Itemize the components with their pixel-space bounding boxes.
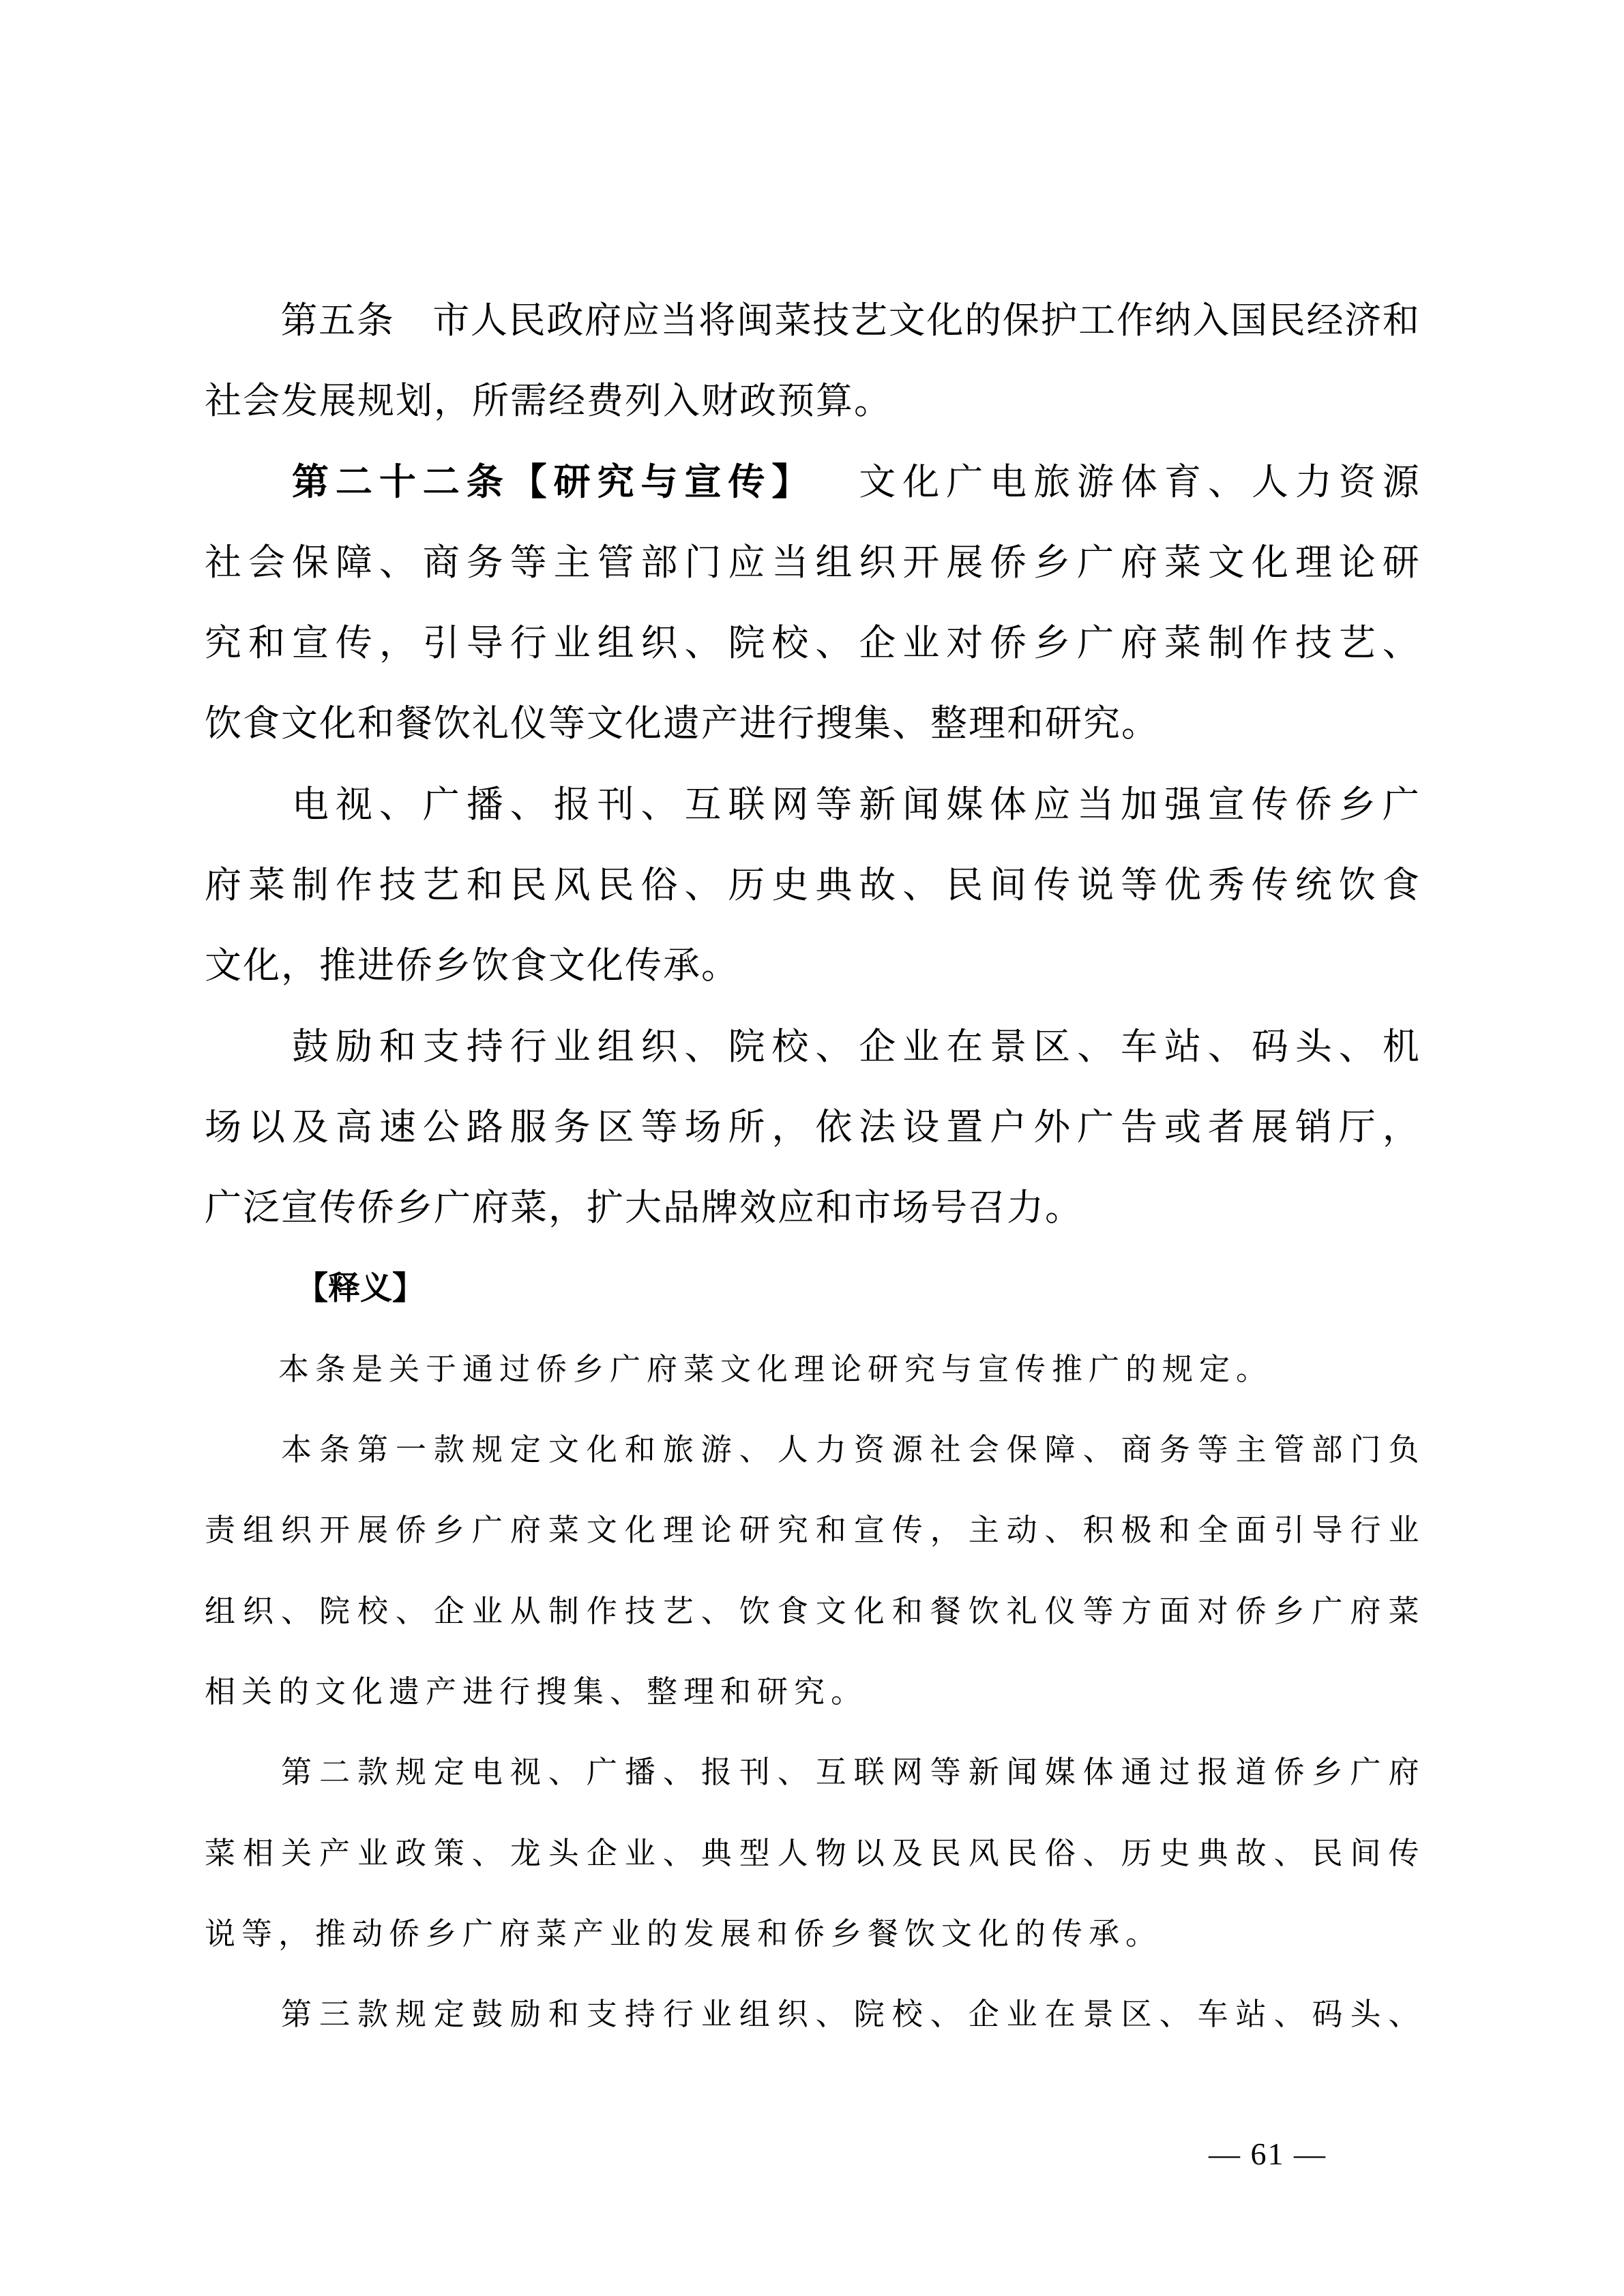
text-line: 第三款规定鼓励和支持行业组织、院校、企业在景区、车站、码头、 bbox=[205, 1974, 1419, 2055]
annotation-header: 【释义】 bbox=[205, 1249, 1419, 1329]
text-line: 社会保障、商务等主管部门应当组织开展侨乡广府菜文化理论研 bbox=[205, 522, 1419, 603]
document-page: { "page": { "background_color": "#ffffff… bbox=[0, 0, 1624, 2296]
text-line: 鼓励和支持行业组织、院校、企业在景区、车站、码头、机 bbox=[205, 1007, 1419, 1087]
text-line: 第五条 市人民政府应当将闽菜技艺文化的保护工作纳入国民经济和 bbox=[205, 280, 1419, 361]
text-line: 菜相关产业政策、龙头企业、典型人物以及民风民俗、历史典故、民间传 bbox=[205, 1813, 1419, 1894]
page-number: — 61 — bbox=[1209, 2136, 1327, 2172]
text-line: 广泛宣传侨乡广府菜，扩大品牌效应和市场号召力。 bbox=[205, 1167, 1419, 1248]
text-line: 第二十二条【研究与宣传】 文化广电旅游体育、人力资源 bbox=[205, 442, 1419, 522]
regulation-text-section: 第五条 市人民政府应当将闽菜技艺文化的保护工作纳入国民经济和社会发展规划，所需经… bbox=[205, 280, 1419, 1249]
annotation-text-section: 本条是关于通过侨乡广府菜文化理论研究与宣传推广的规定。 本条第一款规定文化和旅游… bbox=[205, 1329, 1419, 2055]
text-line: 府菜制作技艺和民风民俗、历史典故、民间传说等优秀传统饮食 bbox=[205, 845, 1419, 925]
text-line: 相关的文化遗产进行搜集、整理和研究。 bbox=[205, 1652, 1419, 1732]
text-line: 电视、广播、报刊、互联网等新闻媒体应当加强宣传侨乡广 bbox=[205, 764, 1419, 845]
text-line: 社会发展规划，所需经费列入财政预算。 bbox=[205, 361, 1419, 441]
text-line: 场以及高速公路服务区等场所，依法设置户外广告或者展销厅， bbox=[205, 1087, 1419, 1167]
text-line: 第二款规定电视、广播、报刊、互联网等新闻媒体通过报道侨乡广府 bbox=[205, 1732, 1419, 1813]
text-line: 本条是关于通过侨乡广府菜文化理论研究与宣传推广的规定。 bbox=[205, 1329, 1419, 1410]
page-content: 第五条 市人民政府应当将闽菜技艺文化的保护工作纳入国民经济和社会发展规划，所需经… bbox=[205, 280, 1419, 2055]
text-line: 本条第一款规定文化和旅游、人力资源社会保障、商务等主管部门负 bbox=[205, 1410, 1419, 1490]
text-line: 究和宣传，引导行业组织、院校、企业对侨乡广府菜制作技艺、 bbox=[205, 603, 1419, 683]
text-line: 责组织开展侨乡广府菜文化理论研究和宣传，主动、积极和全面引导行业 bbox=[205, 1490, 1419, 1570]
text-line: 饮食文化和餐饮礼仪等文化遗产进行搜集、整理和研究。 bbox=[205, 683, 1419, 764]
text-line: 文化，推进侨乡饮食文化传承。 bbox=[205, 925, 1419, 1006]
text-line: 组织、院校、企业从制作技艺、饮食文化和餐饮礼仪等方面对侨乡广府菜 bbox=[205, 1571, 1419, 1652]
text-line: 说等，推动侨乡广府菜产业的发展和侨乡餐饮文化的传承。 bbox=[205, 1894, 1419, 1974]
